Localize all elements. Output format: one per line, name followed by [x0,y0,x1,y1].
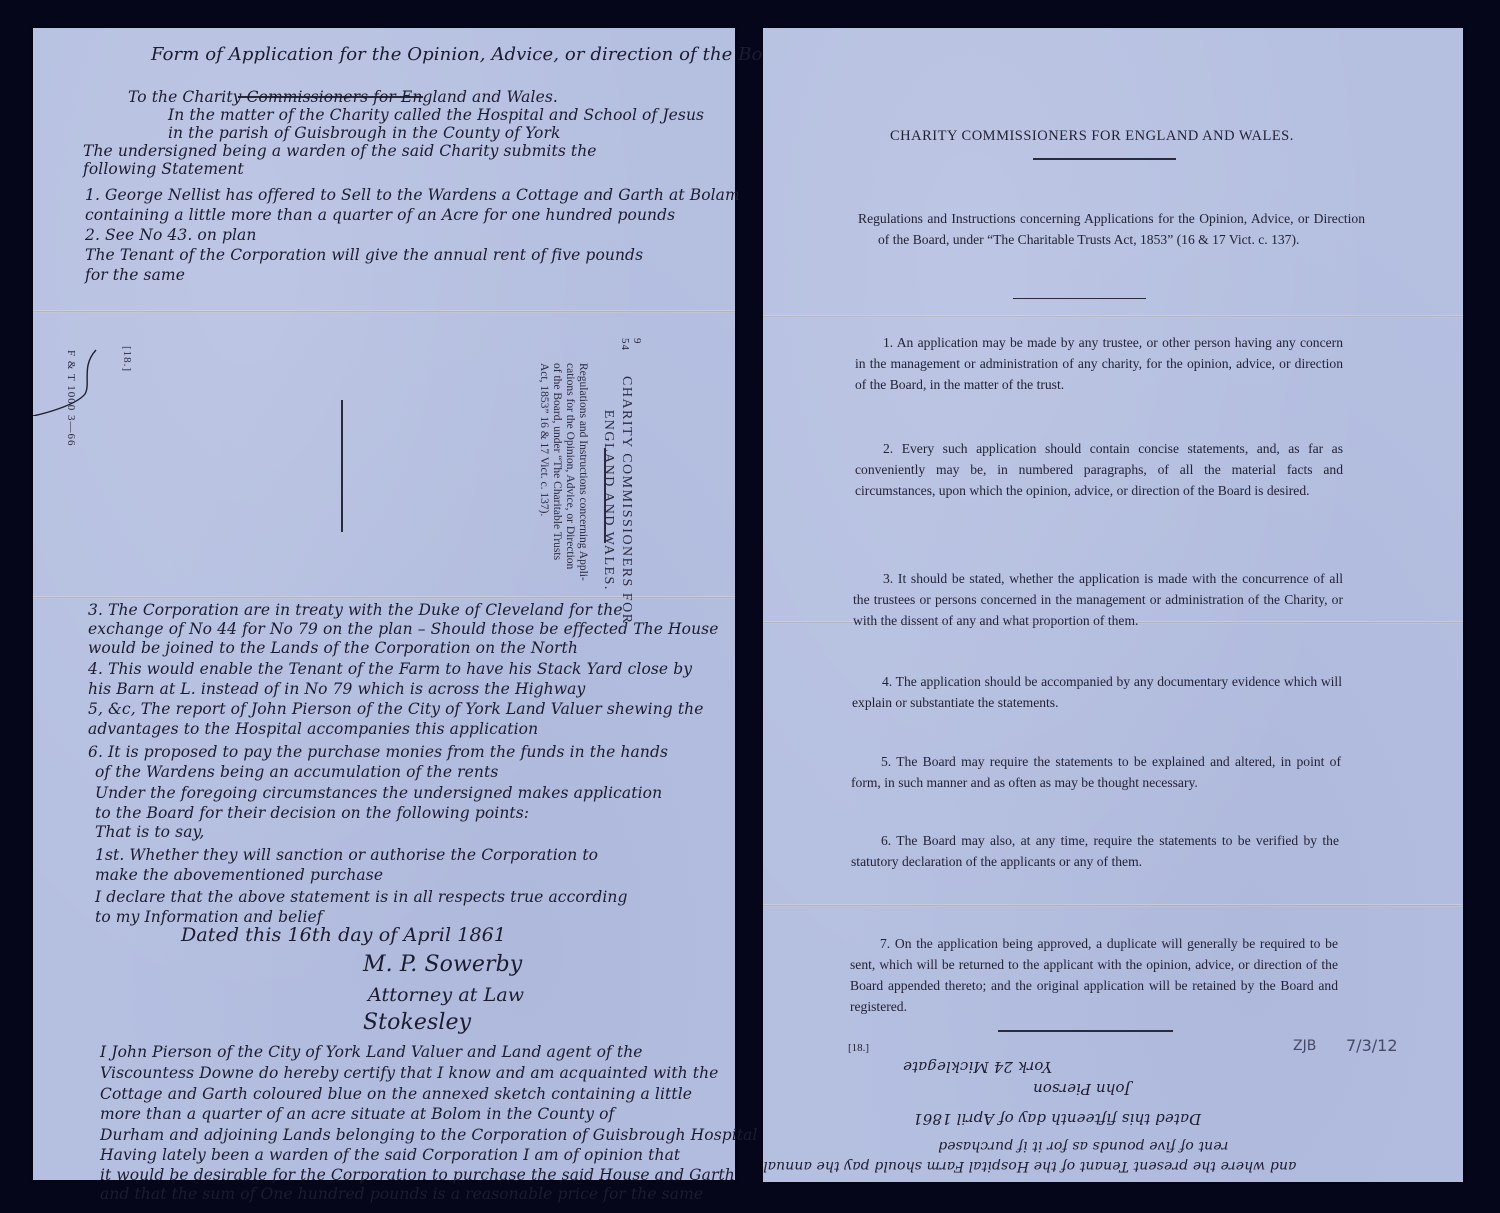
statement-line: his Barn at L. instead of in No 79 which… [88,680,585,698]
regulation-item: 3. It should be stated, whether the appl… [853,568,1343,631]
form-number: [18.] [848,1041,869,1055]
certificate-line: Having lately been a warden of the said … [100,1146,680,1164]
certificate-line: Cottage and Garth coloured blue on the a… [100,1085,692,1103]
statement-line: 1st. Whether they will sanction or autho… [95,846,598,864]
certificate-line: Durham and adjoining Lands belonging to … [100,1126,758,1144]
footer-rule [998,1030,1173,1032]
inverted-note-line: rent of five pounds as for it if purchas… [938,1138,1228,1154]
signature-place: Stokesley [363,1010,471,1035]
statement-line: 2. See No 43. on plan [85,226,256,244]
certificate-line: I John Pierson of the City of York Land … [100,1043,643,1061]
application-form-page: Form of Application for the Opinion, Adv… [33,28,735,1180]
rotated-number: 54 [619,338,631,351]
regulation-item: 2. Every such application should contain… [855,438,1343,501]
statement-line: 6. It is proposed to pay the purchase mo… [88,743,668,761]
statement-line: 1. George Nellist has offered to Sell to… [85,186,740,204]
rotated-print-body: Regulations and Instructions concerning … [537,363,589,581]
inverted-date: Dated this fifteenth day of April 1861 [913,1110,1201,1128]
statement-line: Under the foregoing circumstances the un… [95,784,662,802]
heading-rule [1033,158,1176,160]
declaration-line: I declare that the above statement is in… [95,888,628,906]
form-number: [18.] [121,346,133,372]
statement-line: That is to say, [95,823,204,841]
statement-line: exchange of No 44 for No 79 on the plan … [88,620,719,638]
statement-line: make the abovementioned purchase [95,866,383,884]
statement-line: 5, &c, The report of John Pierson of the… [88,700,704,718]
certificate-line: Viscountess Downe do hereby certify that… [100,1064,718,1082]
regulation-item: 7. On the application being approved, a … [850,933,1338,1017]
ink-stroke [33,346,103,416]
paper-fold [763,315,1463,318]
certificate-line: more than a quarter of an acre situate a… [100,1105,614,1123]
regulation-item: 4. The application should be accompanied… [852,671,1342,713]
statement-line: 4. This would enable the Tenant of the F… [88,660,692,678]
statement-heading: following Statement [83,160,244,178]
inverted-name: John Pierson [1033,1080,1131,1098]
rotated-number: 9 [631,338,643,345]
pencil-reference: 7/3/12 [1346,1036,1398,1055]
regulations-subheading: Regulations and Instructions concerning … [858,208,1365,250]
statement-line: 3. The Corporation are in treaty with th… [88,601,623,619]
address-line: To the Charity Commissioners for England… [128,88,558,106]
statement-line: The Tenant of the Corporation will give … [85,246,643,264]
vertical-rule [341,400,343,532]
regulations-page: CHARITY COMMISSIONERS FOR ENGLAND AND WA… [763,28,1463,1182]
statement-line: containing a little more than a quarter … [85,206,675,224]
inverted-note-line: and where the present Tenant of the Hosp… [763,1158,1296,1174]
statement-line: of the Wardens being an accumulation of … [95,763,498,781]
signature-title: Attorney at Law [368,984,524,1006]
statement-line: would be joined to the Lands of the Corp… [88,639,578,657]
statement-line: for the same [85,266,185,284]
pencil-initials: ZJB [1293,1038,1316,1054]
regulation-item: 6. The Board may also, at any time, requ… [851,830,1339,872]
paper-fold [763,904,1463,907]
date-line: Dated this 16th day of April 1861 [181,924,506,946]
regulation-item: 1. An application may be made by any tru… [855,332,1343,395]
vertical-rule [604,448,606,543]
regulation-item: 5. The Board may require the statements … [851,751,1341,793]
inverted-address: York 24 Micklegate [903,1058,1052,1076]
statement-line: advantages to the Hospital accompanies t… [88,720,538,738]
statement-line: to the Board for their decision on the f… [95,804,529,822]
subheading-rule [1013,298,1146,299]
matter-line: In the matter of the Charity called the … [168,106,704,124]
certificate-line: and that the sum of One hundred pounds i… [100,1185,703,1203]
form-title: Form of Application for the Opinion, Adv… [151,44,794,65]
signature: M. P. Sowerby [363,952,522,977]
undersigned-line: The undersigned being a warden of the sa… [83,142,597,160]
regulations-heading: CHARITY COMMISSIONERS FOR ENGLAND AND WA… [890,128,1294,145]
parish-line: in the parish of Guisbrough in the Count… [168,124,560,142]
certificate-line: it would be desirable for the Corporatio… [100,1166,735,1184]
paper-fold [33,310,735,313]
